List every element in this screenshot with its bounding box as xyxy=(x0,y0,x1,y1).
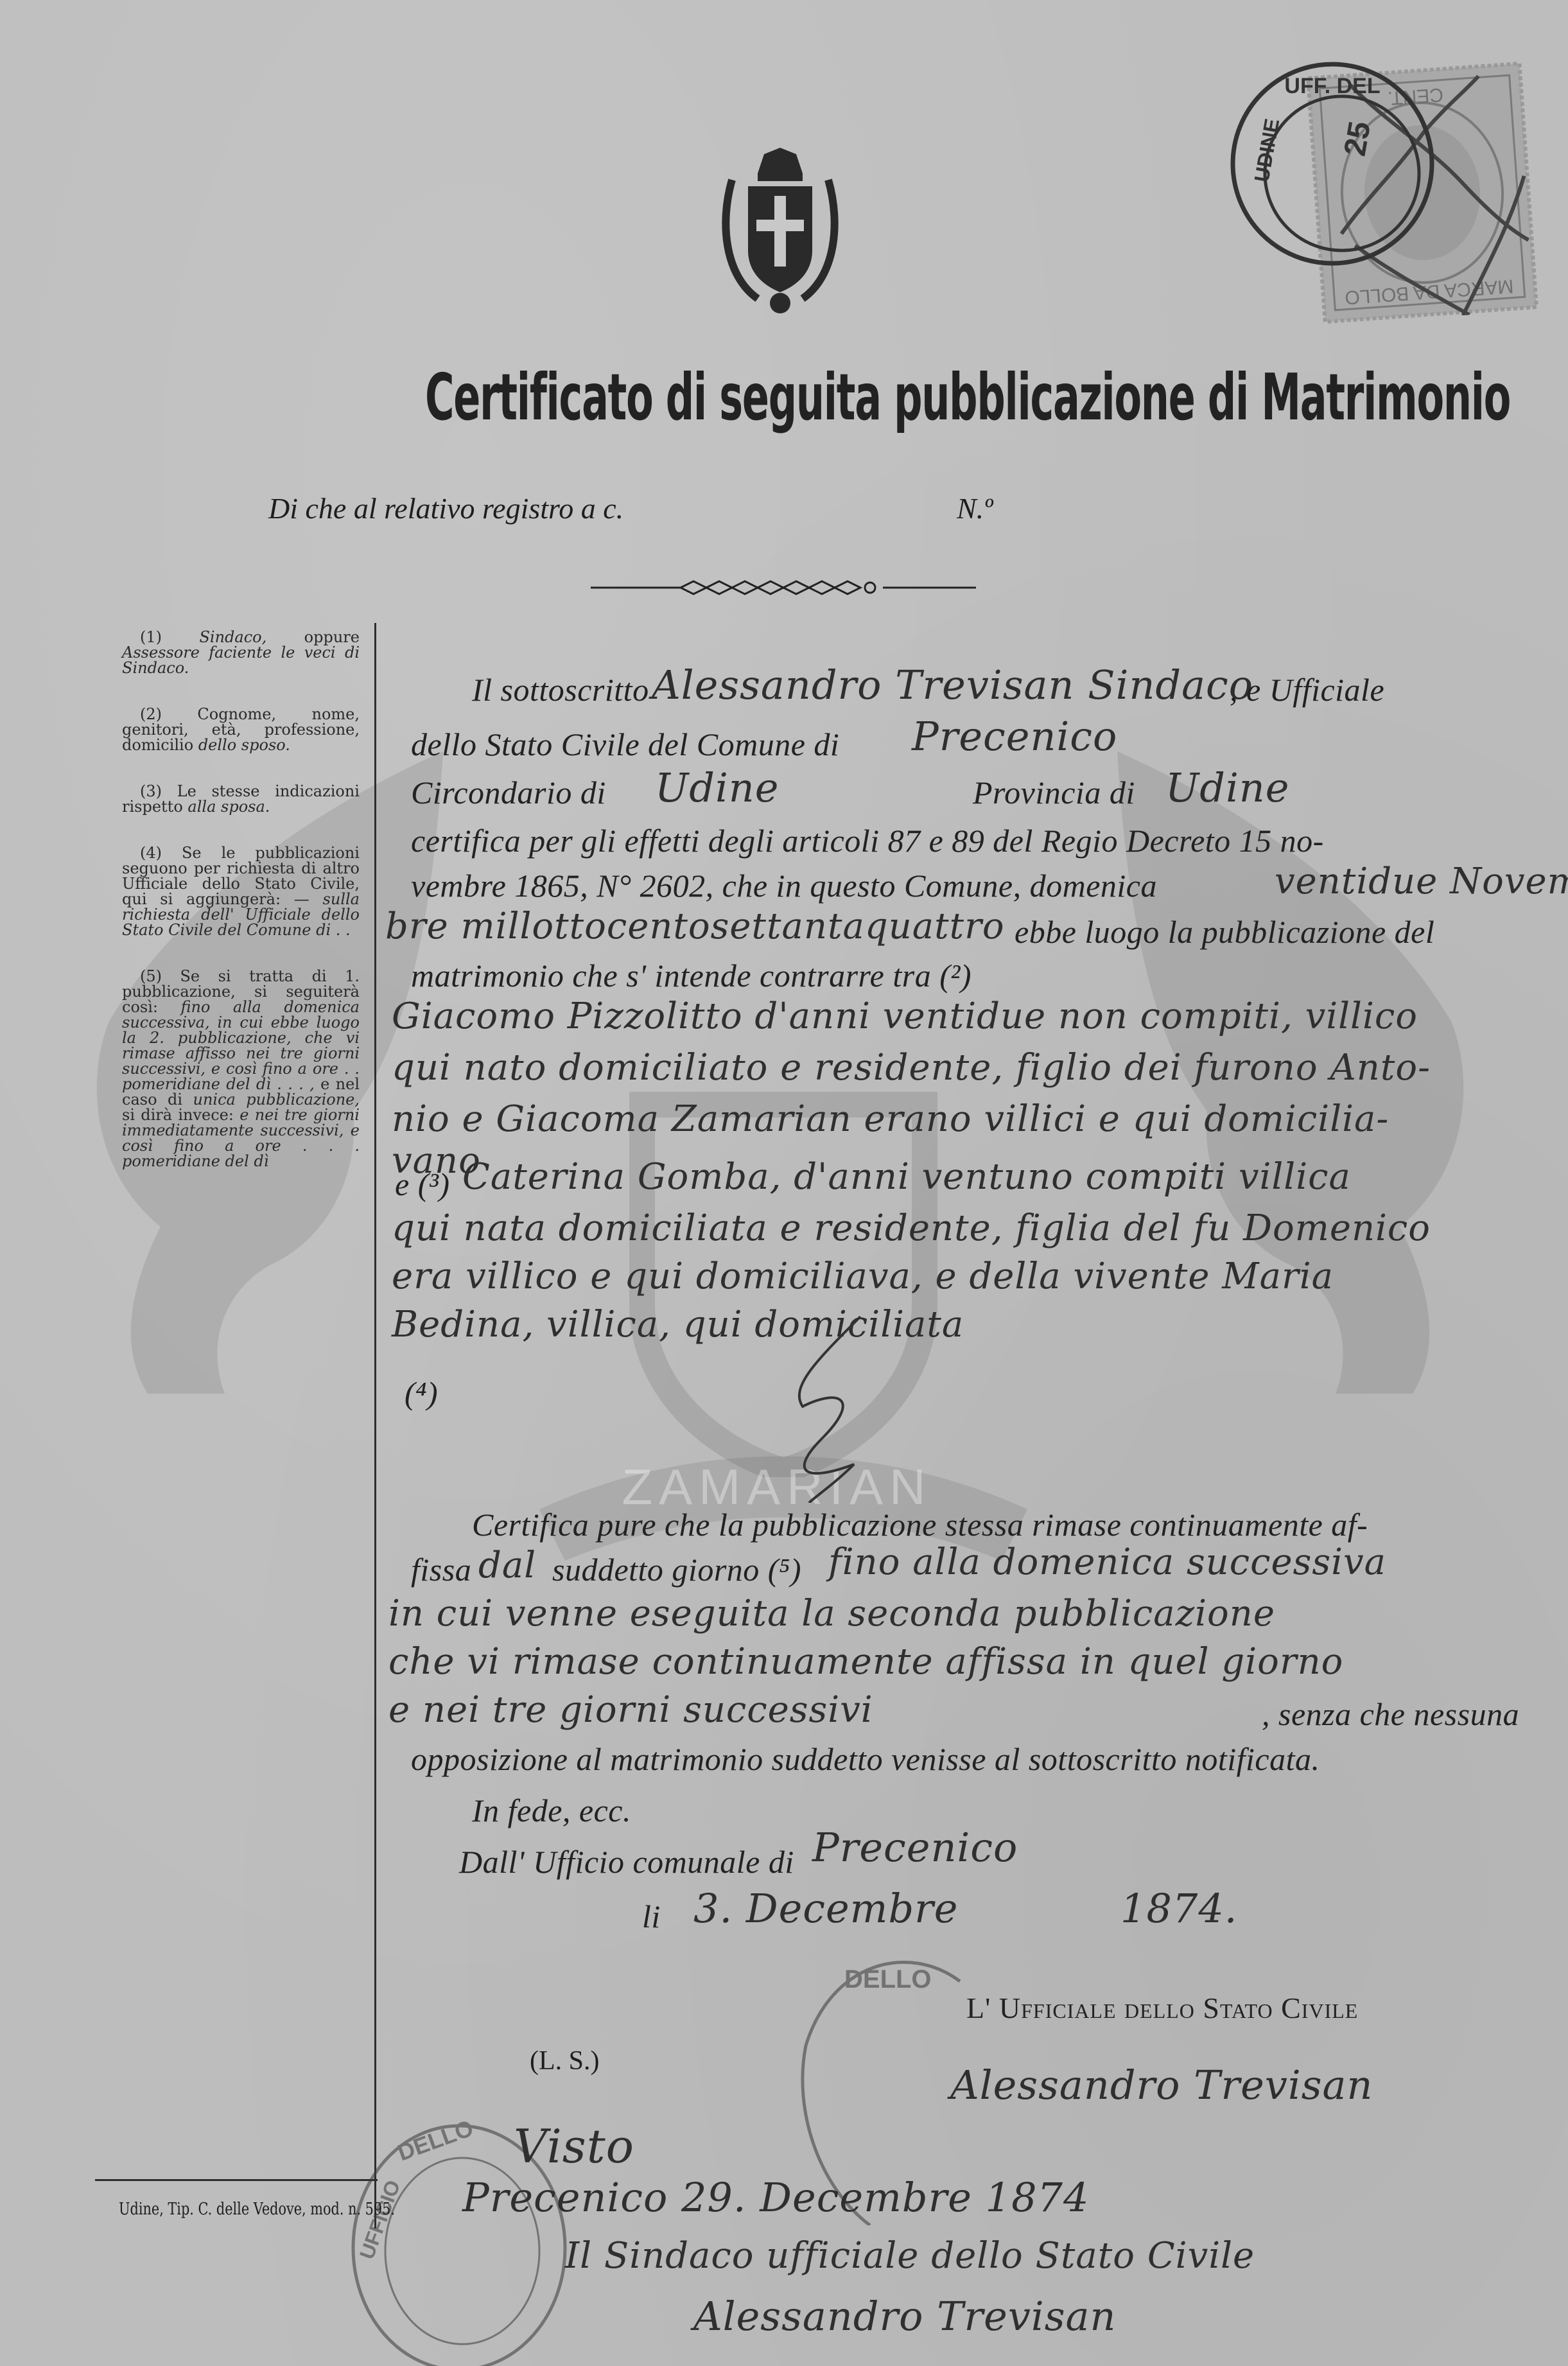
circondario-hand: Udine xyxy=(655,764,779,811)
margin-notes: (1) Sindaco, oppure Assessore faciente l… xyxy=(122,629,360,1200)
bride-line-2: qui nata domiciliata e residente, figlia… xyxy=(392,1207,1431,1249)
registro-label: Di che al relativo registro a c. xyxy=(268,491,623,525)
cert-line1: Certifica pure che la pubblicazione stes… xyxy=(472,1506,1368,1543)
body-line4-print: certifica per gli effetti degli articoli… xyxy=(411,822,1324,859)
cert-line2-print: fissa xyxy=(411,1551,471,1588)
bride-line-3: era villico e qui domiciliava, e della v… xyxy=(392,1256,1334,1297)
coat-of-arms-icon xyxy=(719,148,841,315)
officer-signature: Alessandro Trevisan xyxy=(950,2062,1373,2108)
bride-line-1: Caterina Gomba, d'anni ventuno compiti v… xyxy=(462,1156,1351,1198)
ufficio-hand: Precenico xyxy=(812,1824,1018,1871)
endorsement-visto: Visto xyxy=(514,2119,634,2173)
date-hand: 3. Decembre xyxy=(693,1885,959,1932)
margin-divider-line xyxy=(374,623,376,2229)
printer-imprint: Udine, Tip. C. delle Vedove, mod. n. 595… xyxy=(119,2200,395,2219)
body-line1-end: , e Ufficiale xyxy=(1230,671,1384,708)
ornament-divider-icon xyxy=(591,575,976,600)
svg-text:UFFICIO: UFFICIO xyxy=(355,2177,405,2263)
groom-line-3: nio e Giacoma Zamarian erano villici e q… xyxy=(392,1098,1389,1140)
officer-title: L' Ufficiale dello Stato Civile xyxy=(966,1991,1358,2025)
svg-text:UDINE: UDINE xyxy=(1250,117,1284,184)
cert-line5-print: , senza che nessuna xyxy=(1262,1696,1519,1733)
margin-note-5: (5) Se si tratta di 1. pubblicazione, si… xyxy=(122,968,360,1169)
body-line5-print: vembre 1865, N° 2602, che in questo Comu… xyxy=(411,867,1157,904)
cert-hand-line-2: che vi rimase continuamente affissa in q… xyxy=(388,1641,1343,1683)
endorsement-role: Il Sindaco ufficiale dello Stato Civile xyxy=(565,2235,1255,2277)
endorsement-place-date: Precenico 29. Decembre 1874 xyxy=(462,2174,1089,2221)
cert-hand-line-3: e nei tre giorni successivi xyxy=(388,1689,873,1731)
groom-line-2: qui nato domiciliato e residente, figlio… xyxy=(392,1047,1431,1089)
body-line6-hand: bre millottocentosettantaquattro xyxy=(385,906,1005,947)
document-title: Certificato di seguita pubblicazione di … xyxy=(425,360,1142,435)
svg-text:DELLO: DELLO xyxy=(844,1965,932,1994)
comune-hand: Precenico xyxy=(912,713,1117,760)
margin-note-1: (1) Sindaco, oppure Assessore faciente l… xyxy=(122,629,360,676)
margin-note-4: (4) Se le pubblicazioni seguono per rich… xyxy=(122,845,360,938)
footer-divider-line xyxy=(95,2179,378,2181)
body-line2-print: dello Stato Civile del Comune di xyxy=(411,726,839,763)
endorsement-signature: Alessandro Trevisan xyxy=(693,2293,1116,2340)
cert-line6-print: opposizione al matrimonio suddetto venis… xyxy=(411,1740,1320,1778)
locus-sigilli: (L. S.) xyxy=(530,2046,600,2076)
svg-text:25: 25 xyxy=(1338,119,1377,159)
body-line1-print: Il sottoscritto xyxy=(472,671,649,708)
margin-note-3: (3) Le stesse indicazioni rispetto alla … xyxy=(122,784,360,814)
ufficio-print: Dall' Ufficio comunale di xyxy=(459,1843,794,1880)
circondario-print: Circondario di xyxy=(411,774,606,811)
body-line6-print: ebbe luogo la pubblicazione del xyxy=(1015,913,1434,951)
numero-label: N.º xyxy=(957,491,993,525)
in-fede: In fede, ecc. xyxy=(472,1792,631,1829)
bride-marker: e (³) xyxy=(395,1166,449,1203)
date-year: 1874. xyxy=(1120,1885,1238,1932)
cert-line2-hand-a: dal xyxy=(478,1545,536,1586)
cert-line2-hand-b: fino alla domenica successiva xyxy=(828,1541,1386,1583)
date-print: li xyxy=(642,1898,661,1935)
postmark-icon: UFF. DEL UDINE 25 xyxy=(1223,55,1442,273)
note4-marker: (⁴) xyxy=(405,1374,438,1412)
provincia-hand: Udine xyxy=(1165,764,1289,811)
cert-hand-line-1: in cui venne eseguita la seconda pubblic… xyxy=(388,1593,1275,1634)
margin-note-2: (2) Cognome, nome, genitori, età, profes… xyxy=(122,706,360,753)
cert-line2-print-b: suddetto giorno (⁵) xyxy=(552,1551,801,1588)
provincia-print: Provincia di xyxy=(973,774,1135,811)
strike-flourish-icon xyxy=(764,1310,893,1503)
groom-line-1: Giacomo Pizzolitto d'anni ventidue non c… xyxy=(392,995,1418,1037)
body-line1-hand: Alessandro Trevisan Sindaco xyxy=(652,662,1253,708)
body-line5-hand: ventidue Novem xyxy=(1275,861,1568,902)
body-line7-print: matrimonio che s' intende contrarre tra … xyxy=(411,957,971,994)
svg-text:UFF. DEL: UFF. DEL xyxy=(1284,74,1380,98)
